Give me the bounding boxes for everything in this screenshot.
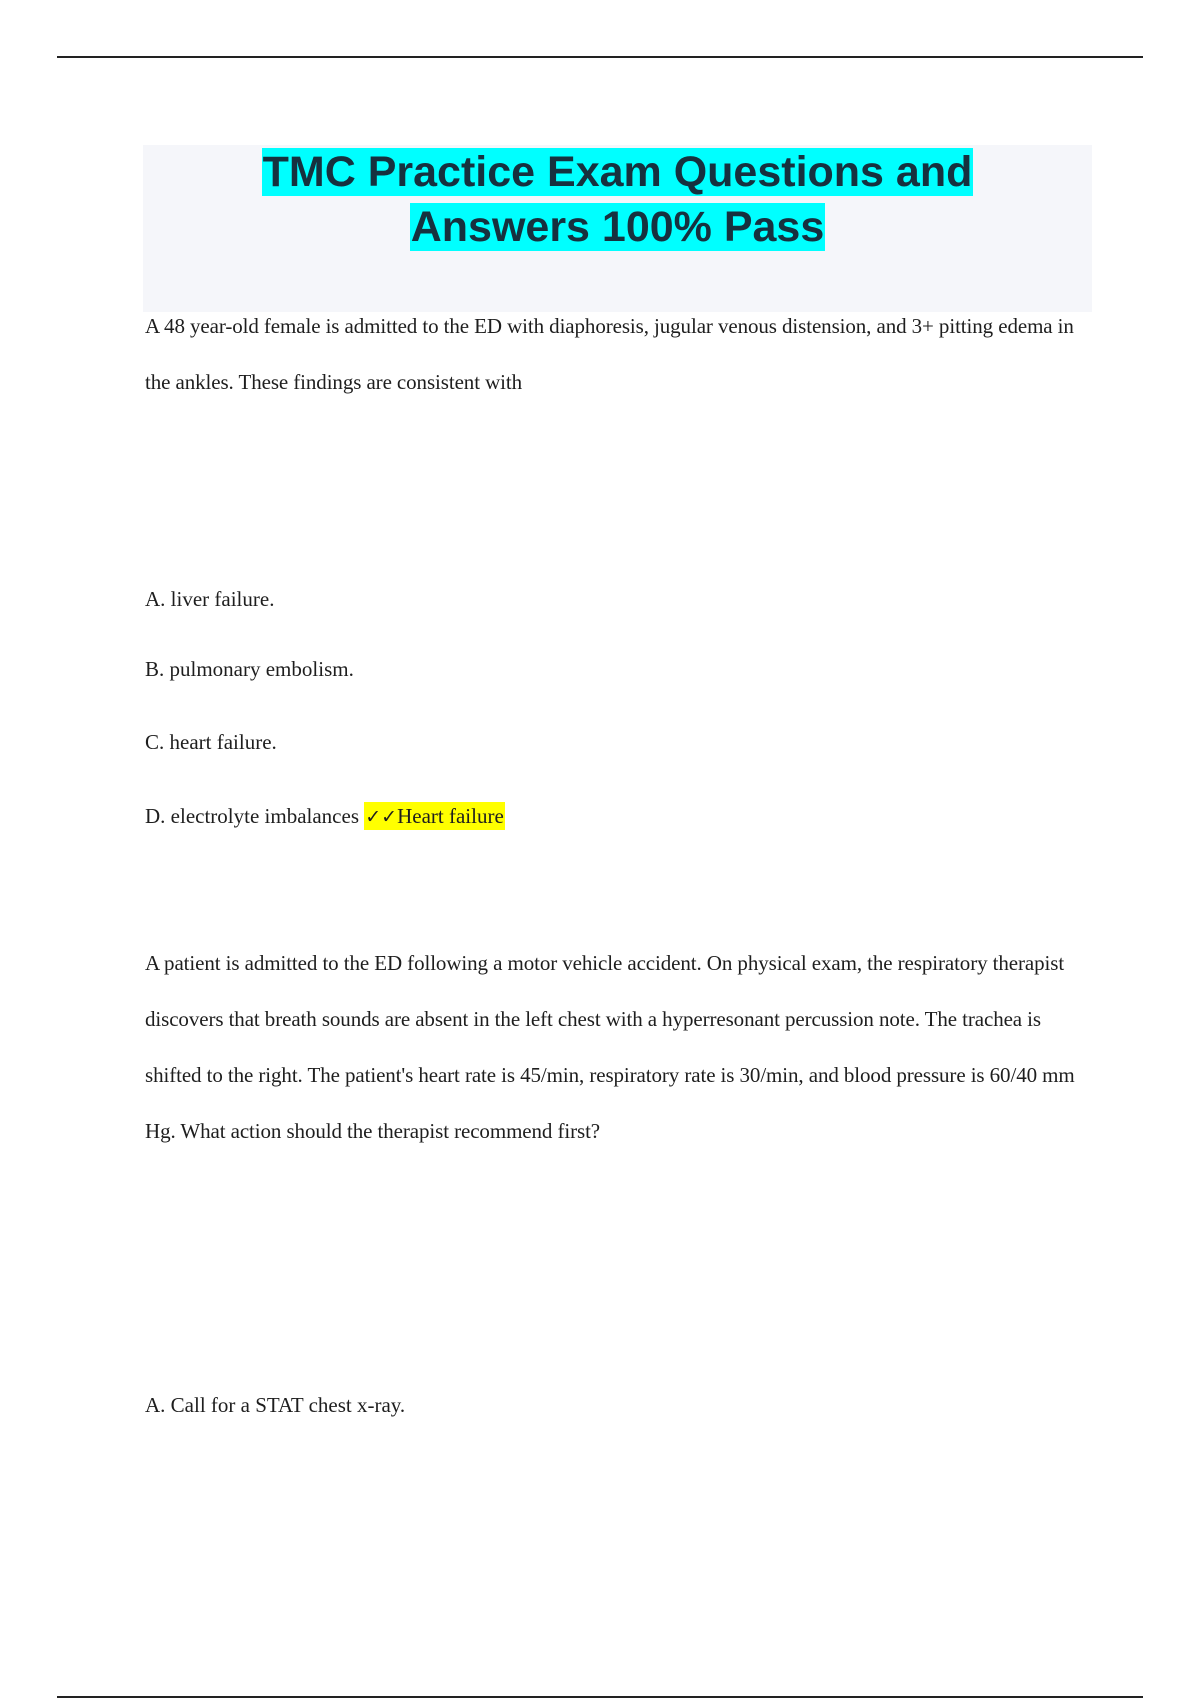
footer-rule <box>57 1696 1143 1698</box>
question-1-option-d-label: D. electrolyte imbalances <box>145 804 359 828</box>
question-1-option-d: D. electrolyte imbalances ✓✓Heart failur… <box>145 801 505 832</box>
title-line-2: Answers 100% Pass <box>410 203 826 251</box>
question-2-option-a: A. Call for a STAT chest x-ray. <box>145 1390 405 1420</box>
title-block: TMC Practice Exam Questions andAnswers 1… <box>143 145 1092 312</box>
question-1-option-a: A. liver failure. <box>145 584 274 614</box>
question-1-answer-text: Heart failure <box>397 804 504 828</box>
title-line-1: TMC Practice Exam Questions and <box>262 148 974 196</box>
question-1-answer: ✓✓Heart failure <box>364 802 505 830</box>
header-rule <box>57 56 1143 58</box>
double-check-icon: ✓✓ <box>365 806 397 828</box>
question-1-option-c: C. heart failure. <box>145 727 277 757</box>
question-1-option-b: B. pulmonary embolism. <box>145 654 354 684</box>
question-2-stem: A patient is admitted to the ED followin… <box>145 935 1095 1159</box>
question-1-stem: A 48 year-old female is admitted to the … <box>145 298 1095 410</box>
document-title: TMC Practice Exam Questions andAnswers 1… <box>143 145 1092 255</box>
